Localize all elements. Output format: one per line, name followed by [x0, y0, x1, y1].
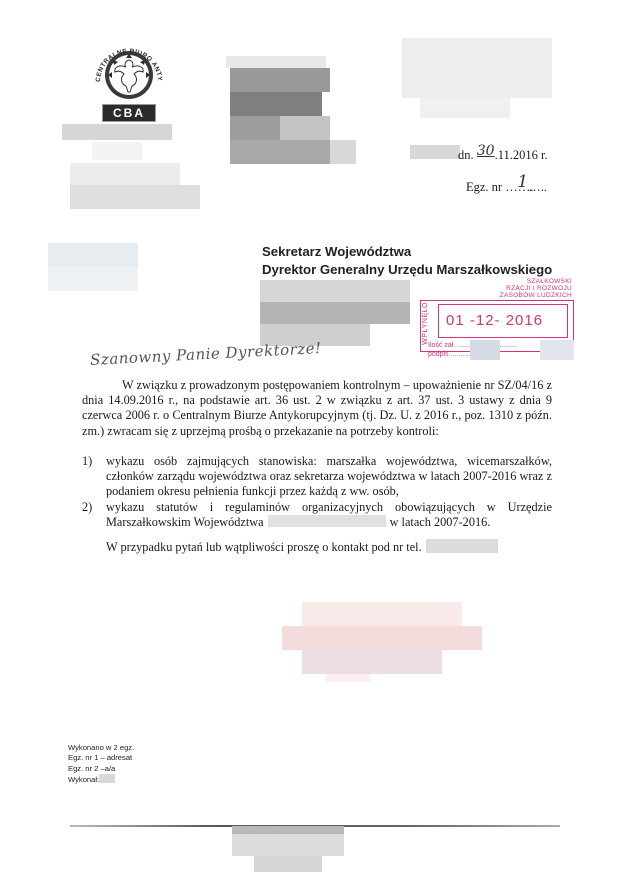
- redacted-author: [99, 774, 115, 783]
- date-line: dn. 30.11.2016 r.: [458, 147, 548, 163]
- copy-distribution-notes: Wykonano w 2 egz. Egz. nr 1 – adresat Eg…: [68, 743, 134, 786]
- redacted-sender-line-2: [92, 142, 142, 160]
- redacted-reference-block: [226, 56, 356, 164]
- body-paragraph: W związku z prowadzonym postępowaniem ko…: [82, 378, 552, 439]
- request-item: 2) wykazu statutów i regulaminów organiz…: [82, 500, 552, 530]
- stamp-vertical-label: WPŁYNĘŁO: [422, 302, 429, 345]
- redacted-sender-line-3: [70, 163, 180, 185]
- redacted-sender-line-4: [70, 185, 200, 209]
- redacted-footer-address: [232, 826, 344, 872]
- redacted-phone: [426, 539, 498, 553]
- recipient-line-1: Sekretarz Województwa: [262, 243, 552, 261]
- redacted-stamp-field: [470, 340, 500, 360]
- copy-number-line: Egz. nr …….1…..: [466, 176, 547, 196]
- stamp-header: SZAŁKOWSKI RZĄCJI I ROZWOJU ZASOBÓW LUDZ…: [500, 278, 572, 299]
- request-item: 1) wykazu osób zajmujących stanowiska: m…: [82, 454, 552, 500]
- redacted-voivodeship: [268, 515, 386, 527]
- recipient-block: Sekretarz Województwa Dyrektor Generalny…: [262, 243, 552, 279]
- redacted-recipient-address: [260, 280, 410, 346]
- handwritten-greeting: Szanowny Panie Dyrektorze!: [90, 339, 322, 369]
- cba-logo-text: CBA: [102, 104, 156, 122]
- contact-line: W przypadku pytań lub wątpliwości proszę…: [106, 539, 498, 555]
- stamp-date: 01 -12- 2016: [446, 312, 543, 329]
- redacted-stamp-field-2: [540, 340, 574, 360]
- handwritten-day: 30: [477, 143, 495, 159]
- request-list: 1) wykazu osób zajmujących stanowiska: m…: [82, 454, 552, 530]
- recipient-line-2: Dyrektor Generalny Urzędu Marszałkowskie…: [262, 261, 552, 279]
- redacted-sender-line-1: [62, 124, 172, 140]
- redacted-case-number: [48, 243, 138, 291]
- letter-body: W związku z prowadzonym postępowaniem ko…: [82, 378, 552, 439]
- received-stamp: SZAŁKOWSKI RZĄCJI I ROZWOJU ZASOBÓW LUDZ…: [420, 278, 578, 358]
- redacted-address-block: [402, 38, 552, 98]
- redacted-signature: [282, 602, 482, 682]
- redacted-city: [410, 145, 460, 159]
- redacted-address-block-2: [420, 98, 510, 118]
- handwritten-copy-number: 1: [517, 172, 528, 192]
